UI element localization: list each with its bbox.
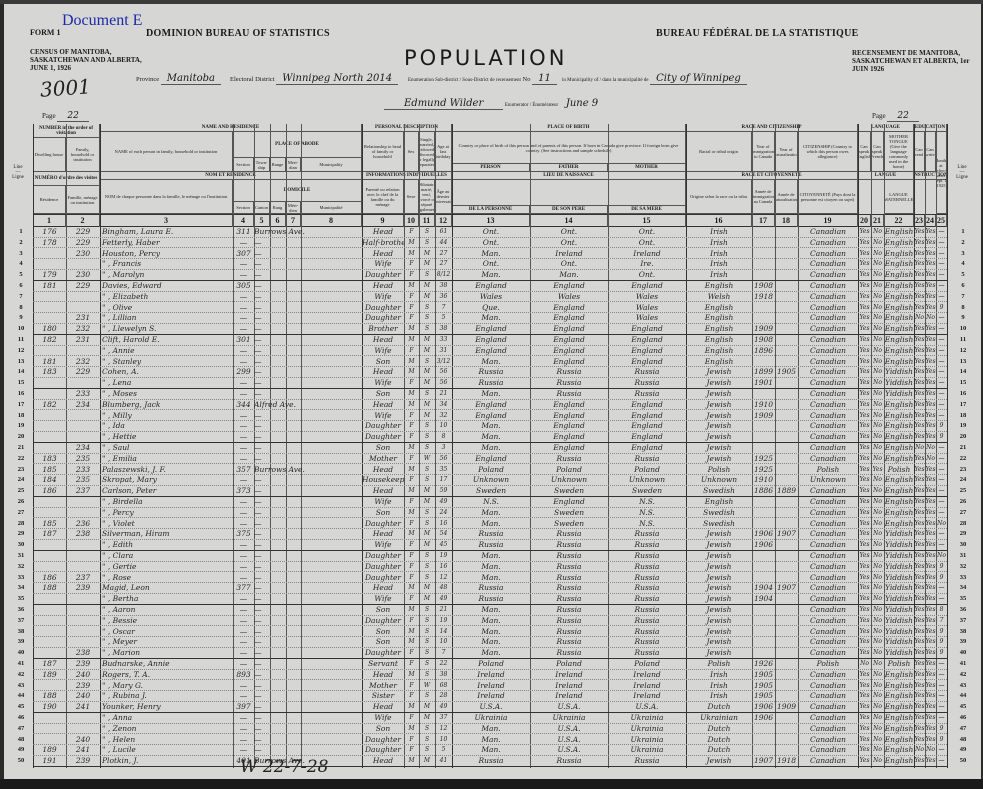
col-num-12: 12 <box>435 215 452 227</box>
cell-dwelling: 182 <box>33 335 66 346</box>
cell-family <box>66 292 100 303</box>
cell-relation: Wife <box>362 292 404 303</box>
cell-tongue: English <box>884 411 914 422</box>
cell-birth-father: Russia <box>530 594 608 605</box>
cell-dwelling: 181 <box>33 281 66 292</box>
cell-naturalization <box>775 519 798 530</box>
line-number: 49 <box>14 746 28 753</box>
cell-eng: Yes <box>858 583 871 594</box>
line-number: 43 <box>14 682 28 689</box>
cell-relation: Wife <box>362 713 404 724</box>
cell-name: " , Percy <box>102 508 233 519</box>
cell-relation: Head <box>362 281 404 292</box>
line-number: 28 <box>14 520 28 527</box>
cell-family <box>66 551 100 562</box>
table-row: " , Percy——SonMS24Man.SwedenN.S.SwedishC… <box>33 508 947 519</box>
hdr-racial-origin-en: Racial or tribal origin <box>686 132 752 172</box>
cell-birth-person: Man. <box>452 605 530 616</box>
cell-eng: Yes <box>858 270 871 281</box>
line-number: 40 <box>956 649 970 656</box>
cell-read: Yes <box>914 519 925 530</box>
cell-tongue: English <box>884 486 914 497</box>
cell-family <box>66 497 100 508</box>
cell-section: — <box>233 432 254 443</box>
cell-dwelling: 183 <box>33 367 66 378</box>
cell-origin: Ukrainian <box>686 713 752 724</box>
cell-read: Yes <box>914 573 925 584</box>
cell-school: — <box>936 249 947 260</box>
cell-eng: Yes <box>858 367 871 378</box>
cell-section: 307 <box>233 249 254 260</box>
cell-birth-mother: Ukrainia <box>608 735 686 746</box>
cell-street: — <box>254 367 362 378</box>
cell-section: — <box>233 540 254 551</box>
cell-immigration: 1910 <box>752 475 775 486</box>
cell-citizenship: Canadian <box>798 605 858 616</box>
cell-section: — <box>233 421 254 432</box>
cell-street: — <box>254 573 362 584</box>
hdr-race-en: RACE AND CITIZENSHIP <box>686 124 858 132</box>
cell-marital: M <box>419 378 435 389</box>
cell-immigration <box>752 616 775 627</box>
cell-street: — <box>254 378 362 389</box>
line-number: 14 <box>956 368 970 375</box>
cell-family: 229 <box>66 238 100 249</box>
cell-tongue: Yiddish <box>884 562 914 573</box>
cell-immigration <box>752 389 775 400</box>
cell-street: — <box>254 411 362 422</box>
hdr-race-fr: RACE ET CITOYENNETÉ <box>686 172 858 180</box>
cell-age: 16 <box>435 519 452 530</box>
cell-sex: F <box>404 346 419 357</box>
cell-tongue: English <box>884 303 914 314</box>
cell-eng: Yes <box>858 486 871 497</box>
cell-eng: Yes <box>858 238 871 249</box>
province-label: Province <box>136 76 159 83</box>
cell-immigration: 1899 <box>752 367 775 378</box>
cell-naturalization <box>775 616 798 627</box>
cell-relation: Daughter <box>362 745 404 756</box>
cell-birth-mother: Russia <box>608 616 686 627</box>
cell-immigration <box>752 573 775 584</box>
line-number: 29 <box>956 530 970 537</box>
line-number: 9 <box>956 314 970 321</box>
cell-school: — <box>936 540 947 551</box>
cell-write: Yes <box>925 529 936 540</box>
cell-origin: Jewish <box>686 583 752 594</box>
cell-origin: Jewish <box>686 637 752 648</box>
cell-age: 34 <box>435 400 452 411</box>
cell-origin: Jewish <box>686 562 752 573</box>
cell-citizenship: Canadian <box>798 281 858 292</box>
cell-relation: Daughter <box>362 421 404 432</box>
cell-age: 41 <box>435 756 452 767</box>
cell-section: — <box>233 551 254 562</box>
cell-street: — <box>254 313 362 324</box>
cell-citizenship: Canadian <box>798 324 858 335</box>
cell-immigration <box>752 357 775 368</box>
cell-birth-father: Russia <box>530 583 608 594</box>
cell-school: — <box>936 378 947 389</box>
cell-sex: F <box>404 519 419 530</box>
cell-section: — <box>233 605 254 616</box>
cell-age: 8 <box>435 432 452 443</box>
cell-street: — <box>254 486 362 497</box>
cell-family: 240 <box>66 735 100 746</box>
cell-birth-mother: Wales <box>608 292 686 303</box>
cell-immigration <box>752 508 775 519</box>
cell-relation: Daughter <box>362 735 404 746</box>
cell-eng: Yes <box>858 573 871 584</box>
handwritten-footer-note: W 22-7-28 <box>240 757 328 777</box>
cell-sex: F <box>404 292 419 303</box>
cell-marital: S <box>419 627 435 638</box>
cell-eng: Yes <box>858 551 871 562</box>
line-number: 18 <box>956 412 970 419</box>
table-row: " , Birdella——WifeFM49N.S.EnglandN.S.Eng… <box>33 497 947 508</box>
line-number: 5 <box>14 271 28 278</box>
cell-birth-person: Man. <box>452 551 530 562</box>
cell-family <box>66 259 100 270</box>
cell-birth-person: Man. <box>452 724 530 735</box>
cell-marital: S <box>419 357 435 368</box>
hdr-citizenship-en: CITIZENSHIP (Country to which this perso… <box>798 132 858 172</box>
cell-origin: Polish <box>686 465 752 476</box>
cell-birth-mother: N.S. <box>608 508 686 519</box>
cell-family: 231 <box>66 335 100 346</box>
cell-family <box>66 713 100 724</box>
cell-tongue: Yiddish <box>884 529 914 540</box>
cell-tongue: Yiddish <box>884 583 914 594</box>
line-number: 11 <box>14 336 28 343</box>
cell-birth-mother: Ont. <box>608 227 686 238</box>
cell-relation: Son <box>362 357 404 368</box>
line-number: 8 <box>956 304 970 311</box>
cell-naturalization <box>775 281 798 292</box>
cell-sex: F <box>404 540 419 551</box>
cell-section: — <box>233 735 254 746</box>
cell-name: Younker, Henry <box>102 702 233 713</box>
cell-citizenship: Canadian <box>798 691 858 702</box>
cell-marital: S <box>419 605 435 616</box>
cell-marital: S <box>419 227 435 238</box>
cell-eng: Yes <box>858 443 871 454</box>
cell-eng: Yes <box>858 454 871 465</box>
line-number: 49 <box>956 746 970 753</box>
line-label-en-right: Line <box>957 165 966 170</box>
table-row: 230Houston, Percy307—HeadMM27Man.Ireland… <box>33 249 947 260</box>
cell-name: " , Marion <box>102 648 233 659</box>
line-number: 27 <box>14 509 28 516</box>
cell-birth-person: N.S. <box>452 497 530 508</box>
cell-naturalization: 1907 <box>775 583 798 594</box>
cell-marital: M <box>419 486 435 497</box>
cell-immigration <box>752 627 775 638</box>
cell-family: 231 <box>66 313 100 324</box>
subdistrict-no-value: 11 <box>532 73 557 85</box>
cell-birth-father: Russia <box>530 605 608 616</box>
cell-citizenship: Canadian <box>798 745 858 756</box>
line-number: 20 <box>14 433 28 440</box>
cell-eng: Yes <box>858 389 871 400</box>
cell-citizenship: Polish <box>798 659 858 670</box>
cell-sex: M <box>404 400 419 411</box>
cell-read: Yes <box>914 357 925 368</box>
cell-citizenship: Canadian <box>798 486 858 497</box>
cell-write: Yes <box>925 421 936 432</box>
cell-marital: S <box>419 389 435 400</box>
table-row: " , Francis——WifeFM27Ont.Ont.Ire.IrishCa… <box>33 259 947 270</box>
cell-citizenship: Canadian <box>798 238 858 249</box>
cell-origin: Jewish <box>686 573 752 584</box>
cell-tongue: Yiddish <box>884 616 914 627</box>
hdr-age-fr: Âge au dernier anniversaire <box>435 180 452 214</box>
cell-read: Yes <box>914 400 925 411</box>
cell-birth-person: Man. <box>452 270 530 281</box>
cell-origin: Irish <box>686 681 752 692</box>
col-num-5: 5 <box>254 215 270 227</box>
cell-naturalization <box>775 594 798 605</box>
cell-age: 10 <box>435 421 452 432</box>
cell-street: — <box>254 551 362 562</box>
cell-marital: M <box>419 281 435 292</box>
cell-eng: Yes <box>858 259 871 270</box>
hdr-family-fr: Famille, ménage ou institution <box>66 186 100 214</box>
cell-tongue: Yiddish <box>884 627 914 638</box>
table-row: 187238Silverman, Hiram375—HeadMM54Russia… <box>33 529 947 540</box>
cell-tongue: English <box>884 519 914 530</box>
cell-write: Yes <box>925 270 936 281</box>
cell-immigration <box>752 443 775 454</box>
cell-origin: Jewish <box>686 400 752 411</box>
line-number: 27 <box>956 509 970 516</box>
cell-citizenship: Canadian <box>798 270 858 281</box>
cell-birth-mother: N.S. <box>608 519 686 530</box>
cell-street: — <box>254 389 362 400</box>
cell-birth-person: Russia <box>452 594 530 605</box>
line-number: 4 <box>956 260 970 267</box>
cell-family: 236 <box>66 519 100 530</box>
cell-tongue: English <box>884 324 914 335</box>
hdr-immigration-fr: Année de l'immigration au Canada <box>752 180 775 214</box>
cell-immigration: 1896 <box>752 346 775 357</box>
cell-sex: M <box>404 724 419 735</box>
cell-citizenship: Canadian <box>798 670 858 681</box>
col-num-18: 18 <box>775 215 798 227</box>
cell-write: Yes <box>925 605 936 616</box>
cell-marital: S <box>419 324 435 335</box>
cell-origin: Jewish <box>686 605 752 616</box>
cell-fr: No <box>871 227 884 238</box>
cell-marital: M <box>419 540 435 551</box>
cell-write: Yes <box>925 551 936 562</box>
cell-naturalization <box>775 681 798 692</box>
hdr-immigration-en: Year of immigration to Canada <box>752 132 775 172</box>
cell-relation: Head <box>362 367 404 378</box>
cell-marital: M <box>419 400 435 411</box>
cell-family: 240 <box>66 691 100 702</box>
line-number: 15 <box>14 379 28 386</box>
enumerator-name: Edmund Wilder <box>384 98 503 110</box>
cell-immigration: 1908 <box>752 335 775 346</box>
cell-street: — <box>254 691 362 702</box>
cell-tongue: Yiddish <box>884 389 914 400</box>
cell-birth-person: Man. <box>452 735 530 746</box>
line-number: 30 <box>956 541 970 548</box>
cell-eng: Yes <box>858 519 871 530</box>
cell-relation: Son <box>362 389 404 400</box>
table-row: 187239Budnarske, Annie——ServantFS22Polan… <box>33 659 947 670</box>
cell-birth-mother: Russia <box>608 454 686 465</box>
cell-birth-person: Russia <box>452 540 530 551</box>
cell-dwelling <box>33 411 66 422</box>
cell-citizenship: Canadian <box>798 227 858 238</box>
cell-eng: Yes <box>858 627 871 638</box>
cell-citizenship: Canadian <box>798 443 858 454</box>
line-number: 23 <box>14 466 28 473</box>
line-number: 31 <box>14 552 28 559</box>
table-row: " , Hettie——DaughterFS8Man.EnglandEnglan… <box>33 432 947 443</box>
cell-dwelling: 188 <box>33 583 66 594</box>
col-num-8: 8 <box>301 215 362 227</box>
cell-birth-mother: England <box>608 324 686 335</box>
cell-fr: No <box>871 745 884 756</box>
cell-citizenship: Canadian <box>798 616 858 627</box>
cell-section: — <box>233 573 254 584</box>
cell-marital: S <box>419 616 435 627</box>
line-number: 24 <box>956 476 970 483</box>
cell-tongue: Yiddish <box>884 367 914 378</box>
cell-write: Yes <box>925 227 936 238</box>
cell-tongue: English <box>884 313 914 324</box>
cell-citizenship: Canadian <box>798 529 858 540</box>
cell-dwelling <box>33 259 66 270</box>
line-number: 19 <box>14 422 28 429</box>
table-row: " , Annie——WifeFM31EnglandEnglandEngland… <box>33 346 947 357</box>
cell-age: 27 <box>435 259 452 270</box>
cell-birth-father: Sweden <box>530 486 608 497</box>
cell-tongue: English <box>884 259 914 270</box>
cell-dwelling: 187 <box>33 529 66 540</box>
cell-tongue: English <box>884 335 914 346</box>
cell-dwelling <box>33 605 66 616</box>
cell-marital: S <box>419 745 435 756</box>
cell-relation: Wife <box>362 411 404 422</box>
cell-section: 311 <box>233 227 254 238</box>
cell-school: — <box>936 357 947 368</box>
cell-marital: S <box>419 270 435 281</box>
cell-sex: M <box>404 357 419 368</box>
table-row: " , Oscar——SonMS14Man.RussiaRussiaJewish… <box>33 627 947 638</box>
line-number: 3 <box>956 250 970 257</box>
cell-family <box>66 562 100 573</box>
rule <box>947 124 948 768</box>
cell-citizenship: Canadian <box>798 562 858 573</box>
cell-read: Yes <box>914 389 925 400</box>
cell-school: — <box>936 324 947 335</box>
page-number-right: Page 22 <box>872 111 919 121</box>
cell-age: 8/12 <box>435 270 452 281</box>
cell-relation: Son <box>362 605 404 616</box>
cell-birth-person: England <box>452 411 530 422</box>
cell-school: — <box>936 670 947 681</box>
cell-naturalization: 1909 <box>775 702 798 713</box>
cell-fr: No <box>871 249 884 260</box>
cell-tongue: Polish <box>884 659 914 670</box>
column-number-row: 1 2 3 4 5 6 7 8 9 10 11 12 13 14 15 16 1… <box>33 214 947 227</box>
table-row: 178229Fetterly, Haber——Half-brotherMS44O… <box>33 238 947 249</box>
cell-naturalization <box>775 227 798 238</box>
cell-school: — <box>936 281 947 292</box>
cell-name: Silverman, Hiram <box>102 529 233 540</box>
cell-section: — <box>233 681 254 692</box>
table-row: " , Gertie——DaughterFS16Man.RussiaRussia… <box>33 562 947 573</box>
cell-birth-father: England <box>530 443 608 454</box>
line-number: 14 <box>14 368 28 375</box>
cell-marital: W <box>419 681 435 692</box>
cell-relation: Half-brother <box>362 238 404 249</box>
cell-birth-father: Wales <box>530 292 608 303</box>
cell-name: " , Bessie <box>102 616 233 627</box>
cell-naturalization <box>775 605 798 616</box>
table-row: 191239Plotkin, J.401Burrows Ave.HeadMM41… <box>33 756 947 767</box>
cell-street: Burrows Ave. <box>254 227 362 238</box>
hdr-abode-canton-fr: Canton <box>254 202 270 214</box>
bureau-title-fr: BUREAU FÉDÉRAL DE LA STATISTIQUE <box>656 28 859 39</box>
cell-sex: F <box>404 303 419 314</box>
cell-birth-person: Sweden <box>452 486 530 497</box>
cell-sex: F <box>404 270 419 281</box>
cell-birth-person: Russia <box>452 378 530 389</box>
cell-tongue: English <box>884 400 914 411</box>
col-num-4: 4 <box>233 215 254 227</box>
cell-section: — <box>233 346 254 357</box>
cell-family <box>66 411 100 422</box>
cell-birth-mother: Russia <box>608 756 686 767</box>
cell-section: — <box>233 378 254 389</box>
cell-birth-person: England <box>452 454 530 465</box>
cell-section: 397 <box>233 702 254 713</box>
cell-read: Yes <box>914 411 925 422</box>
cell-family <box>66 540 100 551</box>
cell-relation: Wife <box>362 346 404 357</box>
cell-family: 239 <box>66 681 100 692</box>
cell-citizenship: Canadian <box>798 249 858 260</box>
cell-birth-father: Sweden <box>530 508 608 519</box>
cell-school: — <box>936 411 947 422</box>
cell-birth-person: Man. <box>452 313 530 324</box>
cell-marital: W <box>419 454 435 465</box>
cell-origin: Irish <box>686 238 752 249</box>
hdr-dwelling-fr: Résidence <box>33 186 66 214</box>
cell-dwelling <box>33 303 66 314</box>
cell-birth-mother: Wales <box>608 303 686 314</box>
cell-street: Alfred Ave. <box>254 400 362 411</box>
table-row: 180232" , Llewelyn S.——BrotherMS38Englan… <box>33 324 947 335</box>
cell-name: Bingham, Laura E. <box>102 227 233 238</box>
cell-marital: S <box>419 648 435 659</box>
cell-street: — <box>254 432 362 443</box>
table-row: 240" , Helen——DaughterFS10Man.U.S.A.Ukra… <box>33 735 947 746</box>
cell-dwelling: 187 <box>33 659 66 670</box>
cell-section: — <box>233 691 254 702</box>
line-number: 16 <box>956 390 970 397</box>
cell-school: 9 <box>936 573 947 584</box>
cell-sex: F <box>404 313 419 324</box>
cell-family: 235 <box>66 475 100 486</box>
cell-dwelling <box>33 378 66 389</box>
cell-naturalization <box>775 724 798 735</box>
